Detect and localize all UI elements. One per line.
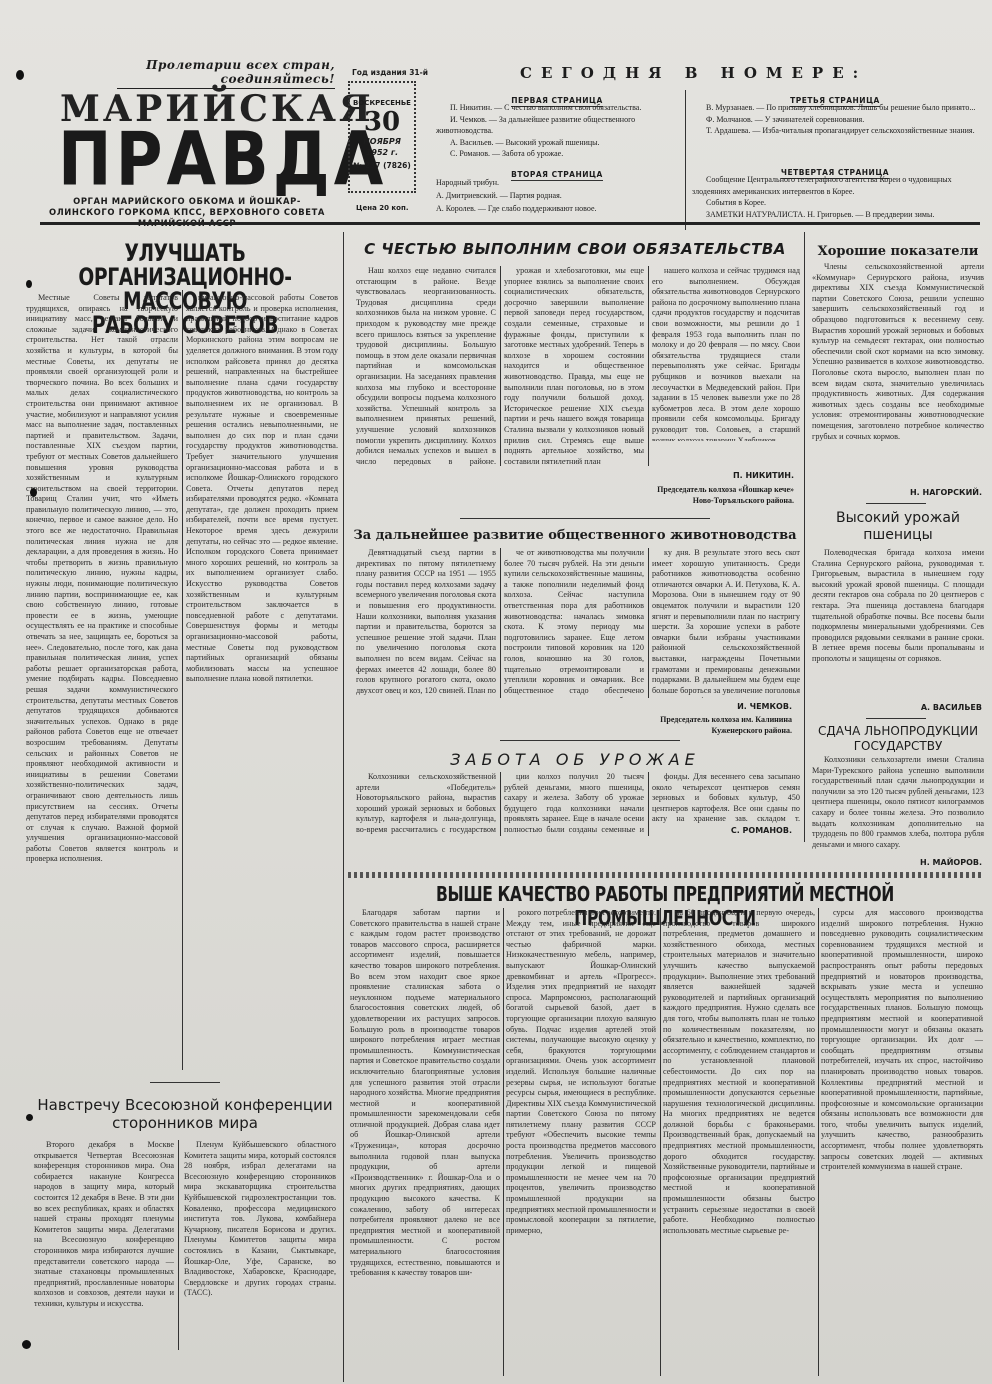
contents-page4: Сообщение Центрального телеграфного аген…	[692, 174, 980, 220]
contents-item[interactable]: В. Мурзанаев. — По призыву хлебницыков. …	[692, 102, 980, 114]
industry-col4: сурсы для массового производства изделий…	[821, 908, 983, 1348]
industry-col1: Благодаря заботам партии и Советского пр…	[350, 908, 500, 1378]
issue-number: № 237 (7826)	[350, 161, 414, 170]
harvest-signature: С. РОМАНОВ.	[652, 826, 792, 835]
contents-page1: П. Никитин. — С честью выполним свои обя…	[436, 102, 682, 160]
pledge-title: С ЧЕСТЬЮ ВЫПОЛНИМ СВОИ ОБЯЗАТЕЛЬСТВА	[350, 240, 800, 258]
contents-item[interactable]: Ф. Молчанов. — У зачинателей соревновани…	[692, 114, 980, 126]
harvest-care-title: ЗАБОТА ОБ УРОЖАЕ	[350, 750, 800, 769]
harvest-col1: Колхозники сельскохозяйственной артели «…	[356, 772, 496, 836]
contents-item[interactable]: События в Корее.	[692, 197, 980, 209]
wheat-text: Полеводческая бригада колхоза имени Стал…	[812, 548, 984, 696]
ink-blot	[26, 1114, 33, 1121]
month: НОЯБРЯ	[350, 137, 414, 146]
wheat-signature: А. ВАСИЛЬЕВ	[812, 703, 982, 712]
price: Цена 20 коп.	[356, 204, 408, 212]
contents-page2: Народный трибун. А. Дмитриевский. — Парт…	[436, 176, 682, 215]
contents-page3: В. Мурзанаев. — По призыву хлебницыков. …	[692, 102, 980, 137]
peace-col1: Второго декабря в Москве открывается Чет…	[34, 1140, 174, 1350]
contents-item[interactable]: ЗАМЕТКИ НАТУРАЛИСТА. Н. Григорьев. — В п…	[692, 209, 980, 221]
pledge-col1: Наш колхоз еще недавно считался отстающи…	[356, 266, 496, 466]
contents-item[interactable]: П. Никитин. — С честью выполним свои обя…	[436, 102, 682, 114]
year: 1952 г.	[350, 148, 414, 157]
ink-blot	[30, 488, 37, 497]
peace-title: Навстречу Всесоюзной конференции сторонн…	[30, 1096, 340, 1132]
industry-col2: рокого потребления и их ассортименту. Ме…	[506, 908, 656, 1378]
pledge-sig-role: Председатель колхоза «Йошкар кече» Ново-…	[652, 484, 794, 506]
harvest-col2: ции колхоз получил 20 тысяч рублей деньг…	[504, 772, 644, 836]
masthead-title-main: ПРАВДА	[58, 118, 387, 203]
contents-item[interactable]: Т. Ардашева. — Изба-читальня пропагандир…	[692, 125, 980, 137]
peace-col2: Пленум Куйбышевского областного Комитета…	[184, 1140, 336, 1350]
contents-divider	[685, 90, 686, 230]
editorial-col1: Местные Советы депутатов трудящихся, опи…	[26, 293, 178, 1068]
pledge-col3: нашего колхоза и сейчас трудимся над его…	[652, 266, 800, 441]
contents-item[interactable]: А. Васильев. — Высокий урожай пшеницы.	[436, 137, 682, 149]
flax-text: Колхозники сельхозартели имени Сталина М…	[812, 755, 984, 855]
livestock-col2: че от животноводства мы получили более 7…	[504, 548, 644, 698]
contents-item[interactable]: А. Дмитриевский. — Партия родная.	[436, 189, 682, 202]
newspaper-page: Пролетарии всех стран, соединяйтесь! МАР…	[0, 0, 992, 1384]
livestock-sig-role: Председатель колхоза им. Калинина Кужене…	[652, 714, 792, 736]
livestock-col1: Девятнадцатый съезд партии в директивах …	[356, 548, 496, 698]
wheat-title: Высокий урожай пшеницы	[808, 510, 988, 544]
day-number: 30	[350, 107, 414, 137]
date-box: ВОСКРЕСЕНЬЕ 30 НОЯБРЯ 1952 г. № 237 (782…	[348, 81, 416, 193]
pledge-signature: П. НИКИТИН.	[652, 471, 794, 480]
flax-title: СДАЧА ЛЬНОПРОДУКЦИИ ГОСУДАРСТВУ	[808, 724, 988, 754]
column-divider	[804, 232, 805, 842]
good-results-signature: Н. НАГОРСКИЙ.	[812, 488, 982, 497]
day-of-week: ВОСКРЕСЕНЬЕ	[350, 99, 414, 107]
contents-title: СЕГОДНЯ В НОМЕРЕ:	[520, 64, 867, 82]
good-results-text: Члены сельскохозяйственной артели «Комму…	[812, 262, 984, 448]
livestock-col3: ку дня. В результате этого весь скот име…	[652, 548, 800, 698]
contents-item[interactable]: И. Чемков. — За дальнейшее развитие обще…	[436, 114, 682, 137]
flax-signature: Н. МАЙОРОВ.	[812, 858, 982, 867]
ink-blot	[22, 1340, 31, 1349]
year-of-issue: Год издания 31-й	[352, 68, 428, 77]
harvest-col3: фонды. Для весеннего сева засыпано около…	[652, 772, 800, 824]
wavy-rule	[348, 872, 984, 878]
motto: Пролетарии всех стран, соединяйтесь!	[117, 58, 335, 89]
ink-blot	[16, 70, 24, 80]
pledge-col2: урожая и хлебозаготовки, мы еще упорнее …	[504, 266, 644, 466]
ink-blot	[26, 280, 32, 288]
contents-item[interactable]: С. Романов. — Забота об урожае.	[436, 148, 682, 160]
contents-item[interactable]: А. Королев. — Где слабо поддерживают нов…	[436, 202, 682, 215]
contents-item[interactable]: Сообщение Центрального телеграфного аген…	[692, 174, 980, 197]
editorial-col2: низационно-массовой работы Советов являе…	[186, 293, 338, 1068]
livestock-title: За дальнейшее развитие общественного жив…	[350, 528, 800, 543]
contents-item[interactable]: Народный трибун.	[436, 176, 682, 189]
good-results-title: Хорошие показатели	[808, 244, 988, 259]
masthead-rule	[40, 222, 980, 225]
column-divider	[343, 232, 344, 1382]
industry-col3: на 60 процентов, и в первую очередь, про…	[663, 908, 815, 1378]
livestock-signature: И. ЧЕМКОВ.	[652, 702, 792, 711]
